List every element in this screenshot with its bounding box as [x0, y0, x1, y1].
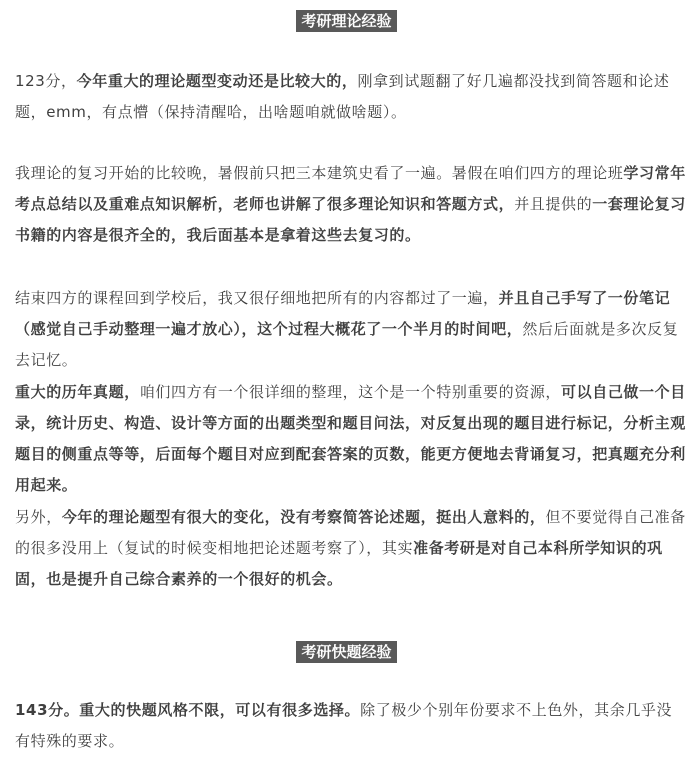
text-run-bold: 143分。重大的快题风格不限，可以有很多选择。	[15, 701, 360, 719]
text-run-bold: 今年的理论题型有很大的变化，没有考察简答论述题，挺出人意料的，	[62, 508, 546, 526]
text-run: 我理论的复习开始的比较晚，暑假前只把三本建筑史看了一遍。暑假在咱们四方的理论班	[15, 164, 623, 182]
text-run-bold: 今年重大的理论题型变动还是比较大的，	[77, 72, 358, 90]
section-heading-label: 考研快题经验	[296, 641, 396, 663]
paragraph-sketch-score: 143分。重大的快题风格不限，可以有很多选择。除了极少个别年份要求不上色外，其余…	[15, 695, 687, 757]
paragraph-theory-notes: 结束四方的课程回到学校后，我又很仔细地把所有的内容都过了一遍，并且自己手写了一份…	[15, 283, 687, 376]
text-run: 并且提供的	[514, 195, 592, 213]
section-heading-label: 考研理论经验	[296, 10, 396, 32]
paragraph-theory-changes: 另外，今年的理论题型有很大的变化，没有考察简答论述题，挺出人意料的，但不要觉得自…	[15, 502, 687, 595]
text-run-bold: 重大的历年真题，	[15, 383, 140, 401]
paragraph-theory-score: 123分，今年重大的理论题型变动还是比较大的，刚拿到试题翻了好几遍都没找到简答题…	[15, 66, 687, 128]
section-heading-theory: 考研理论经验	[0, 10, 693, 32]
text-run: 咱们四方有一个很详细的整理，这个是一个特别重要的资源，	[140, 383, 561, 401]
text-run: 123分，	[15, 72, 77, 90]
paragraph-theory-review: 我理论的复习开始的比较晚，暑假前只把三本建筑史看了一遍。暑假在咱们四方的理论班学…	[15, 158, 687, 251]
paragraph-theory-past-exams: 重大的历年真题，咱们四方有一个很详细的整理，这个是一个特别重要的资源，可以自己做…	[15, 377, 687, 501]
section-heading-sketch: 考研快题经验	[0, 641, 693, 663]
text-run: 结束四方的课程回到学校后，我又很仔细地把所有的内容都过了一遍，	[15, 289, 499, 307]
text-run: 另外，	[15, 508, 62, 526]
